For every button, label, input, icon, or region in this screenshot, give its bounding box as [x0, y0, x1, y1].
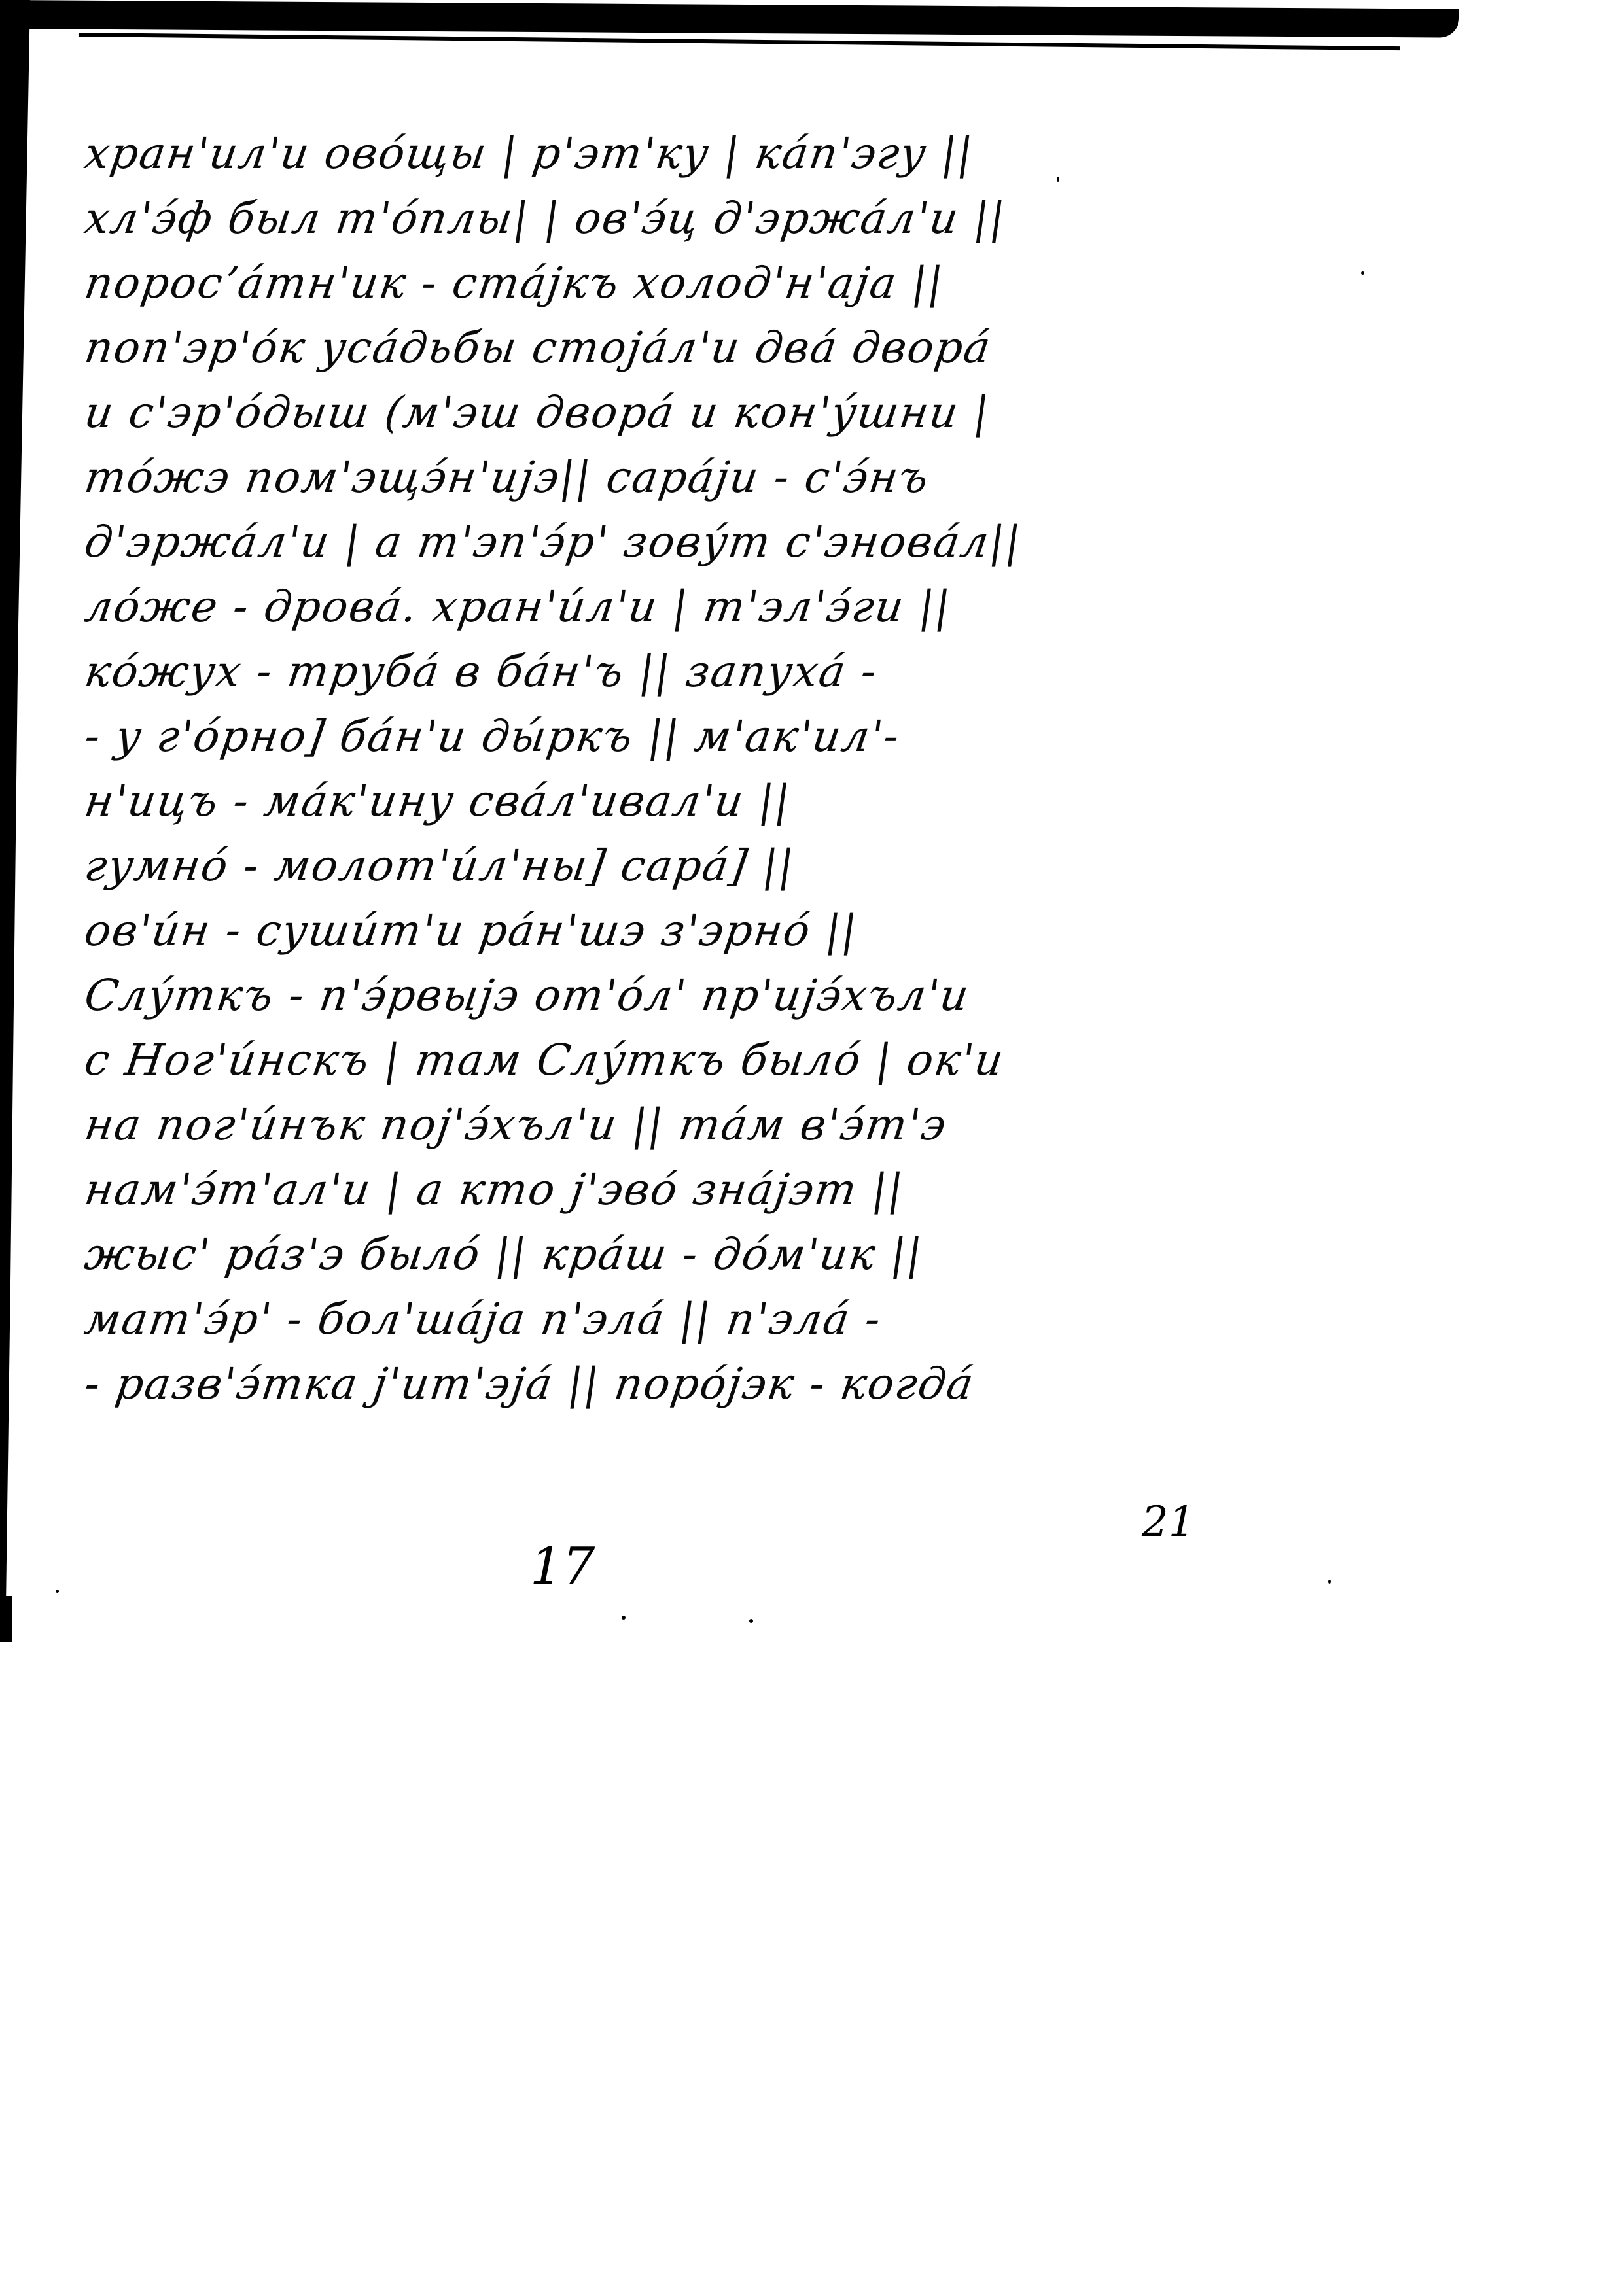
- scan-border-left: [0, 0, 30, 1596]
- text-line: ов'и́н - суши́т'и ра́н'шэ з'эрно́ ||: [80, 898, 1202, 963]
- scan-border-left-lower: [0, 1596, 12, 1642]
- scan-speck: [749, 1619, 753, 1623]
- text-line: н'ицъ - ма́к'ину сва́л'ивал'и ||: [80, 769, 1202, 833]
- text-line: д'эржа́л'и | а т'эп'э́р' зову́т с'энова́…: [80, 510, 1202, 574]
- scan-speck: [56, 1590, 59, 1593]
- text-line: Слу́ткъ - п'э́рвыјэ от'о́л' пр'ијэ́хъл'и: [80, 963, 1202, 1028]
- scan-speck: [1328, 1580, 1331, 1584]
- text-line: поросʼа́тн'ик - ста́јкъ холод'н'аја ||: [80, 251, 1202, 315]
- scan-border-top: [0, 0, 1459, 38]
- scan-speck: [1057, 177, 1059, 182]
- scanned-page: хран'ил'и ово́щы | р'эт'ку | ка́п'эгу ||…: [0, 0, 1607, 2296]
- text-line: гумно́ - молот'и́л'ны] сара́] ||: [80, 833, 1202, 898]
- text-line: нам'э́т'ал'и | а кто ј'эво́ зна́јэт ||: [80, 1157, 1202, 1222]
- text-line: на пог'и́нък пој'э́хъл'и || та́м в'э́т'э: [80, 1092, 1202, 1157]
- archive-sheet-number: 21: [1142, 1498, 1195, 1546]
- handwritten-text-body: хран'ил'и ово́щы | р'эт'ку | ка́п'эгу ||…: [85, 121, 1197, 1416]
- text-line: - у г'о́рно] ба́н'и ды́ркъ || м'ак'ил'-: [80, 704, 1202, 769]
- page-number: 17: [530, 1537, 595, 1596]
- text-line: то́жэ пом'эщэ́н'ијэ|| сара́ји - с'э́нъ: [80, 445, 1202, 510]
- text-line: хран'ил'и ово́щы | р'эт'ку | ка́п'эгу ||: [80, 121, 1202, 186]
- text-line: поп'эр'о́к уса́дьбы стоја́л'и два́ двора…: [80, 315, 1202, 380]
- scan-speck: [622, 1616, 626, 1620]
- text-line: ло́же - дрова́. хран'и́л'и | т'эл'э́ги |…: [80, 574, 1202, 639]
- text-line: жыс' ра́з'э было́ || кра́ш - до́м'ик ||: [80, 1222, 1202, 1287]
- scan-speck: [1361, 271, 1364, 275]
- text-line: - разв'э́тка ј'ит'эја́ || поро́јэк - ког…: [80, 1351, 1202, 1416]
- text-line: ко́жух - труба́ в ба́н'ъ || запуха́ -: [80, 639, 1202, 704]
- text-line: и с'эр'о́дыш (м'эш двора́ и кон'у́шни |: [80, 380, 1202, 445]
- text-line: мат'э́р' - бол'ша́ја п'эла́ || п'эла́ -: [80, 1287, 1202, 1351]
- text-line: хл'э́ф был т'о́плы| | ов'э́ц д'эржа́л'и …: [80, 186, 1202, 251]
- text-line: с Ног'и́нскъ | там Слу́ткъ было́ | ок'и: [80, 1028, 1202, 1092]
